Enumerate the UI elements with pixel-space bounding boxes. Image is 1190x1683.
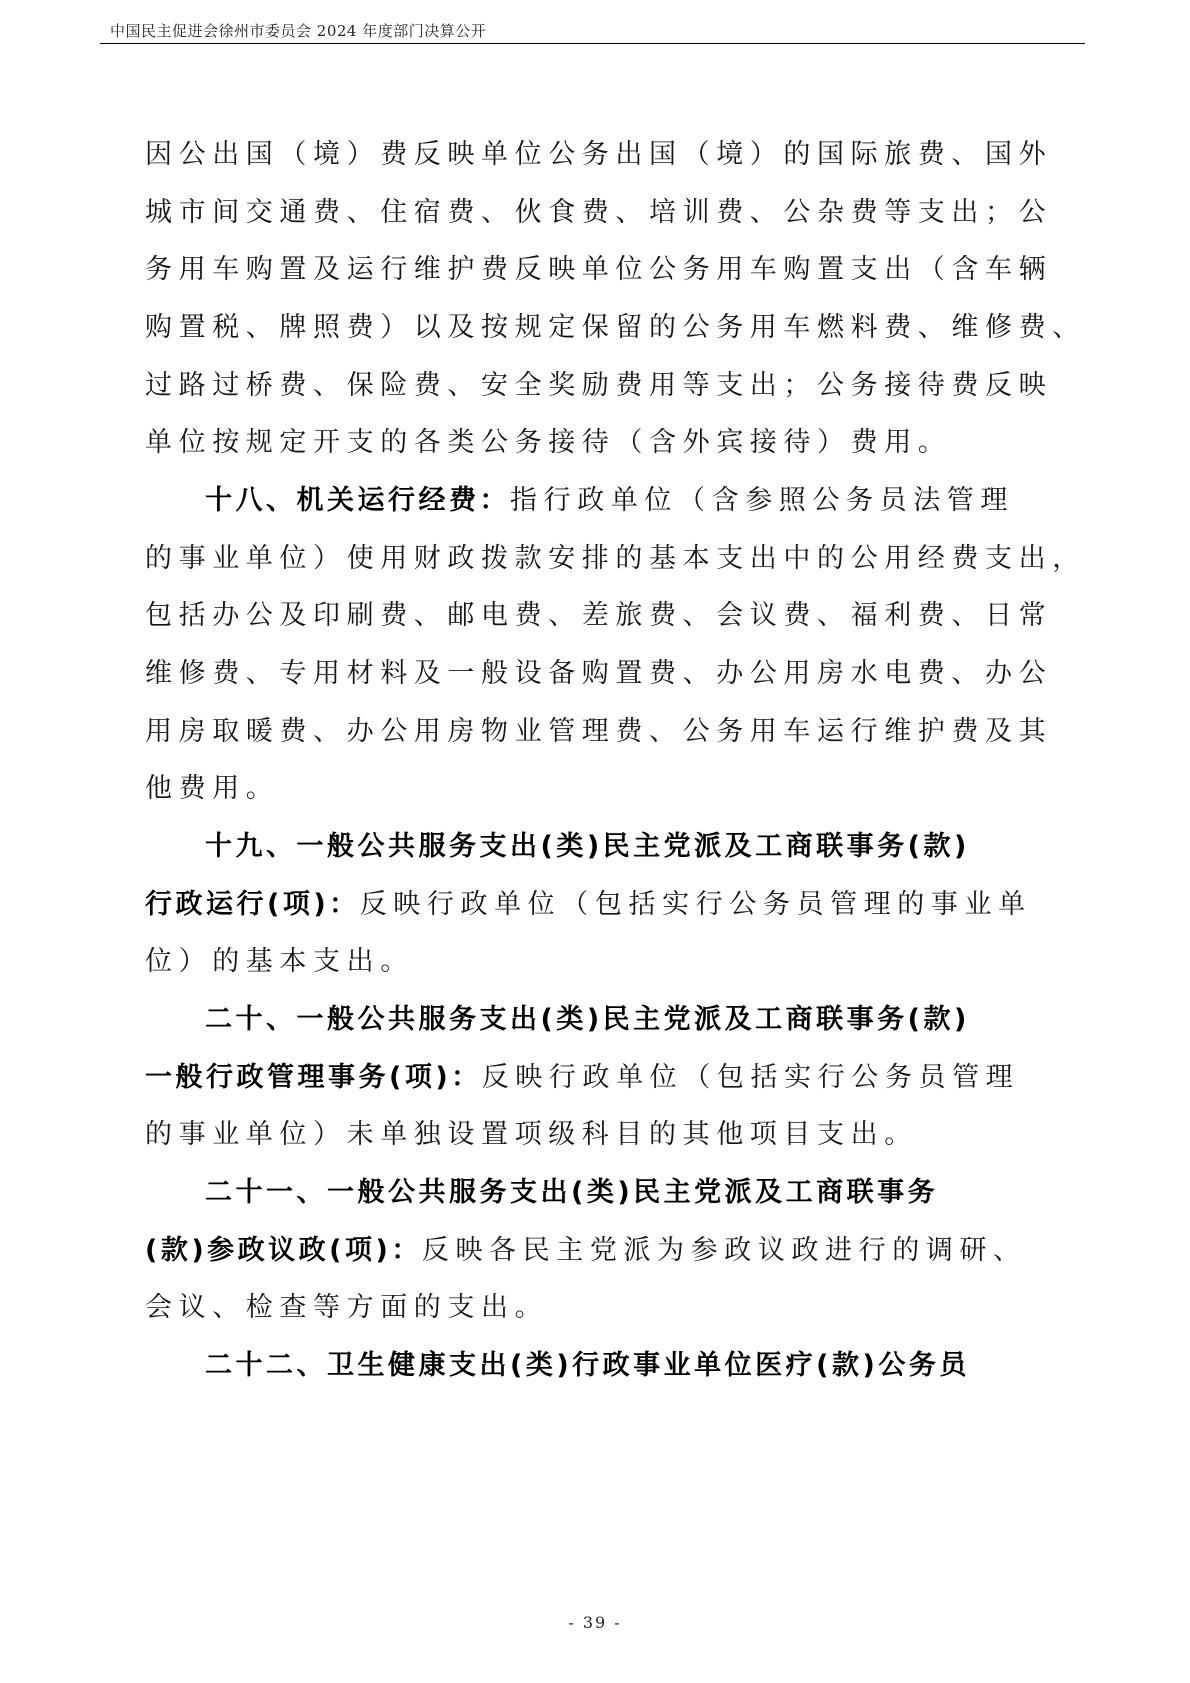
text-line: 包括办公及印刷费、邮电费、差旅费、会议费、福利费、日常 <box>145 598 1052 634</box>
text-line: 务用车购置及运行维护费反映单位公务用车购置支出（含车辆 <box>145 252 1052 288</box>
section-heading: 二十二、卫生健康支出(类)行政事业单位医疗(款)公务员 <box>205 1350 970 1381</box>
text-line: (款)参政议政(项)：反映各民主党派为参政议政进行的调研、 <box>145 1233 1027 1269</box>
text-line: 过路过桥费、保险费、安全奖励费用等支出；公务接待费反映 <box>145 368 1052 404</box>
section-18-heading-line: 十八、机关运行经费：指行政单位（含参照公务员法管理 <box>205 483 1014 519</box>
section-22-heading-line: 二十二、卫生健康支出(类)行政事业单位医疗(款)公务员 <box>205 1348 970 1384</box>
text-line: 一般行政管理事务(项)：反映行政单位（包括实行公务员管理 <box>145 1060 1019 1096</box>
text-line: 维修费、专用材料及一般设备购置费、办公用房水电费、办公 <box>145 656 1052 692</box>
section-heading: (款)参政议政(项)： <box>145 1235 422 1266</box>
section-21-heading-line: 二十一、一般公共服务支出(类)民主党派及工商联事务 <box>205 1175 938 1211</box>
section-19-heading-line: 十九、一般公共服务支出(类)民主党派及工商联事务(款) <box>205 829 970 865</box>
page-number: - 39 - <box>0 1613 1190 1632</box>
document-title: 中国民主促进会徐州市委员会 2024 年度部门决算公开 <box>110 20 486 41</box>
text-line: 因公出国（境）费反映单位公务出国（境）的国际旅费、国外 <box>145 137 1052 173</box>
page-header: 中国民主促进会徐州市委员会 2024 年度部门决算公开 <box>100 18 1085 44</box>
section-heading: 二十一、一般公共服务支出(类)民主党派及工商联事务 <box>205 1177 938 1208</box>
text-line: 会议、检查等方面的支出。 <box>145 1290 548 1326</box>
text-line: 的事业单位）使用财政拨款安排的基本支出中的公用经费支出， <box>145 541 1086 577</box>
text-line: 用房取暖费、办公用房物业管理费、公务用车运行维护费及其 <box>145 714 1052 750</box>
section-heading: 一般行政管理事务(项)： <box>145 1062 482 1093</box>
text-line: 位）的基本支出。 <box>145 944 414 980</box>
section-20-heading-line: 二十、一般公共服务支出(类)民主党派及工商联事务(款) <box>205 1002 970 1038</box>
text-line: 行政运行(项)：反映行政单位（包括实行公务员管理的事业单 <box>145 887 1032 923</box>
text-line: 单位按规定开支的各类公务接待（含外宾接待）费用。 <box>145 425 951 461</box>
text-line: 购置税、牌照费）以及按规定保留的公务用车燃料费、维修费、 <box>145 310 1086 346</box>
section-heading: 行政运行(项)： <box>145 889 360 920</box>
text-line: 城市间交通费、住宿费、伙食费、培训费、公杂费等支出；公 <box>145 195 1052 231</box>
text-line: 他费用。 <box>145 771 279 807</box>
section-heading: 二十、一般公共服务支出(类)民主党派及工商联事务(款) <box>205 1004 970 1035</box>
text-line: 的事业单位）未单独设置项级科目的其他项目支出。 <box>145 1117 918 1153</box>
section-heading: 十九、一般公共服务支出(类)民主党派及工商联事务(款) <box>205 831 970 862</box>
section-heading: 十八、机关运行经费： <box>205 485 510 516</box>
